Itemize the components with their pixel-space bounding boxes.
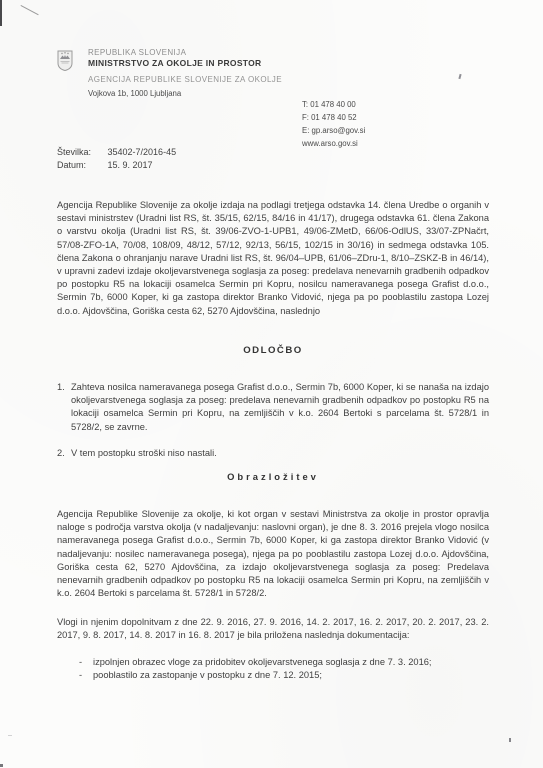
explanation-paragraph-2: Vlogi in njenim dopolnitvam z dne 22. 9.…: [57, 616, 489, 642]
bullet-dash: -: [79, 669, 93, 682]
intro-paragraph: Agencija Republike Slovenije za okolje i…: [57, 199, 489, 318]
document-number-row: Številka: 35402-7/2016-45: [57, 146, 176, 159]
document-date-row: Datum: 15. 9. 2017: [57, 159, 176, 172]
contact-email: E: gp.arso@gov.si: [302, 124, 365, 137]
decision-item-number: 2.: [57, 447, 71, 460]
documentation-item: - izpolnjen obrazec vloge za pridobitev …: [57, 656, 489, 669]
decision-title: ODLOČBO: [57, 345, 489, 356]
scan-line-artifact: [21, 5, 39, 15]
document-date-label: Datum:: [57, 159, 105, 172]
documentation-item-text: izpolnjen obrazec vloge za pridobitev ok…: [93, 656, 489, 669]
decision-item-text: V tem postopku stroški niso nastali.: [71, 447, 489, 460]
explanation-paragraph-1: Agencija Republike Slovenije za okolje, …: [57, 508, 489, 600]
letterhead: REPUBLIKA SLOVENIJA MINISTRSTVO ZA OKOLJ…: [57, 48, 282, 99]
scan-speck: [458, 74, 461, 79]
decision-item-text: Zahteva nosilca nameravanega posega Graf…: [71, 381, 489, 434]
document-meta: Številka: 35402-7/2016-45 Datum: 15. 9. …: [57, 146, 176, 172]
explanation-title: Obrazložitev: [57, 471, 489, 482]
document-date-value: 15. 9. 2017: [108, 159, 153, 172]
contact-phone: T: 01 478 40 00: [302, 98, 365, 111]
scan-speck: [0, 764, 3, 767]
documentation-item-text: pooblastilo za zastopanje v postopku z d…: [93, 669, 489, 682]
ministry-title: MINISTRSTVO ZA OKOLJE IN PROSTOR: [88, 58, 282, 69]
decision-item-number: 1.: [57, 381, 71, 434]
letterhead-text: REPUBLIKA SLOVENIJA MINISTRSTVO ZA OKOLJ…: [88, 48, 282, 99]
decision-list: 1. Zahteva nosilca nameravanega posega G…: [57, 381, 489, 473]
agency-title: AGENCIJA REPUBLIKE SLOVENIJE ZA OKOLJE: [88, 75, 282, 85]
scan-edge-artifact: [0, 0, 2, 26]
contact-website: www.arso.gov.si: [302, 137, 365, 150]
scan-speck: [509, 738, 511, 742]
contact-block: T: 01 478 40 00 F: 01 478 40 52 E: gp.ar…: [302, 98, 365, 150]
document-number-value: 35402-7/2016-45: [108, 146, 177, 159]
contact-fax: F: 01 478 40 52: [302, 111, 365, 124]
slovenia-coat-of-arms-icon: [57, 50, 73, 71]
bullet-dash: -: [79, 656, 93, 669]
scan-speck: [8, 735, 12, 736]
document-number-label: Številka:: [57, 146, 105, 159]
documentation-list: - izpolnjen obrazec vloge za pridobitev …: [57, 656, 489, 682]
republic-title: REPUBLIKA SLOVENIJA: [88, 48, 282, 58]
decision-item: 2. V tem postopku stroški niso nastali.: [57, 447, 489, 460]
scanned-document-page: REPUBLIKA SLOVENIJA MINISTRSTVO ZA OKOLJ…: [0, 0, 543, 768]
agency-address: Vojkova 1b, 1000 Ljubljana: [88, 89, 282, 99]
decision-item: 1. Zahteva nosilca nameravanega posega G…: [57, 381, 489, 434]
documentation-item: - pooblastilo za zastopanje v postopku z…: [57, 669, 489, 682]
